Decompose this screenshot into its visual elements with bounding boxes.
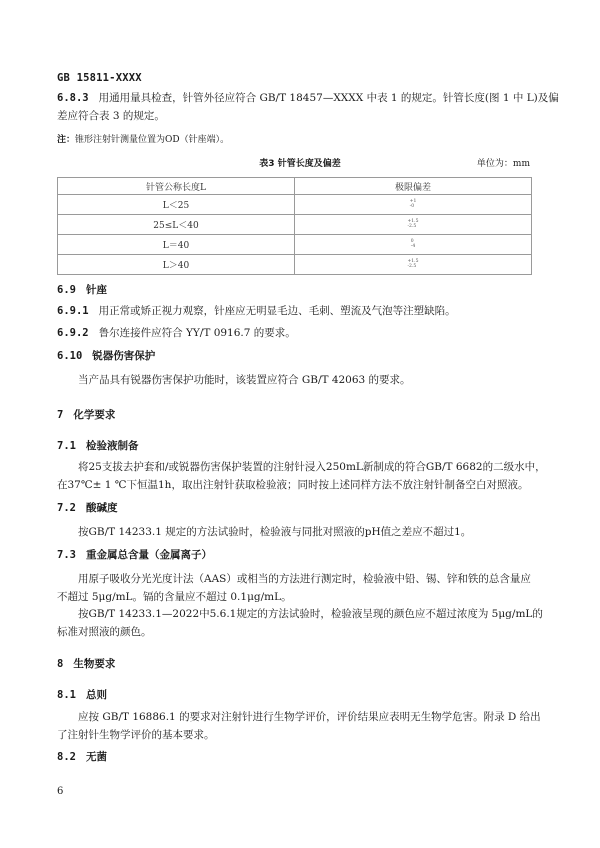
length-cell: 25≤L＜40	[58, 215, 295, 235]
paragraph-7-3-p1-line1: 用原子吸收分光光度计法（AAS）或相当的方法进行测定时，检验液中铅、锡、锌和铁的…	[57, 570, 531, 588]
paragraph-8-1-line2: 了注射针生物学评价的基本要求。	[57, 726, 215, 744]
paragraph-7-3-p2-line1: 按GB/T 14233.1—2022中5.6.1规定的方法试验时，检验液呈现的颜…	[57, 605, 543, 623]
paragraph-6-10: 当产品具有锐器伤害保护功能时，该装置应符合 GB/T 42063 的要求。	[57, 371, 411, 389]
note: 注：锥形注射针测量位置为OD（针座端）。	[57, 132, 229, 145]
heading-number: 7.1	[57, 440, 76, 452]
heading-number: 7.3	[57, 549, 76, 561]
tolerance-cell: +1.5-2.5	[295, 255, 532, 275]
heading-number: 8	[57, 658, 63, 670]
table-row: L＜25 +1-0	[58, 195, 532, 215]
table-row: L＝40 0-4	[58, 235, 532, 255]
heading-title: 生物要求	[73, 658, 115, 670]
heading-7-2: 7.2酸碱度	[57, 500, 117, 515]
heading-number: 8.1	[57, 689, 76, 701]
heading-title: 检验液制备	[86, 440, 139, 452]
heading-number: 7.2	[57, 502, 76, 514]
heading-title: 针座	[86, 284, 107, 296]
paragraph-7-3-p2-line2: 标准对照液的颜色。	[57, 623, 152, 641]
length-cell: L＝40	[58, 235, 295, 255]
heading-title: 酸碱度	[86, 502, 118, 514]
heading-number: 6.9	[57, 284, 76, 296]
paragraph-7-3-p1-line2: 不超过 5μg/mL。镉的含量应不超过 0.1μg/mL。	[57, 588, 292, 606]
heading-title: 化学要求	[73, 409, 115, 421]
heading-8-1: 8.1总则	[57, 687, 107, 702]
clause-number: 6.9.1	[57, 305, 89, 317]
lower-deviation: -4	[411, 244, 415, 249]
clause-text: 用通用量具检查，针管外径应符合 GB/T 18457—XXXX 中表 1 的规定…	[99, 92, 559, 104]
table-header-row: 针管公称长度L 极限偏差	[58, 178, 532, 195]
heading-number: 7	[57, 409, 63, 421]
standard-code-header: GB 15811-XXXX	[57, 72, 142, 84]
lower-deviation: -0	[410, 204, 417, 209]
paragraph-8-1-line1: 应按 GB/T 16886.1 的要求对注射针进行生物学评价，评价结果应表明无生…	[57, 708, 541, 726]
tolerance-cell: +1.5-2.5	[295, 215, 532, 235]
lower-deviation: -2.5	[408, 224, 419, 229]
length-cell: L＜25	[58, 195, 295, 215]
paragraph-7-2: 按GB/T 14233.1 规定的方法试验时，检验液与同批对照液的pH值之差应不…	[57, 523, 471, 541]
clause-number: 6.8.3	[57, 92, 89, 104]
clause-6-9-1: 6.9.1用正常或矫正视力观察，针座应无明显毛边、毛刺、塑流及气泡等注塑缺陷。	[57, 302, 456, 320]
heading-7-3: 7.3重金属总含量（金属离子）	[57, 547, 212, 562]
heading-number: 8.2	[57, 751, 76, 763]
note-label: 注：	[57, 135, 75, 145]
heading-title: 无菌	[86, 751, 107, 763]
clause-number: 6.9.2	[57, 327, 89, 339]
heading-6-10: 6.10锐器伤害保护	[57, 348, 155, 363]
heading-7: 7化学要求	[57, 407, 115, 422]
length-cell: L＞40	[58, 255, 295, 275]
table-row: 25≤L＜40 +1.5-2.5	[58, 215, 532, 235]
table-row: L＞40 +1.5-2.5	[58, 255, 532, 275]
lower-deviation: -2.5	[408, 264, 419, 269]
heading-title: 重金属总含量（金属离子）	[86, 549, 212, 561]
heading-number: 6.10	[57, 350, 82, 362]
paragraph-7-1-line2: 在37℃± 1 ℃下恒温1h，取出注射针获取检验液；同时按上述同样方法不放注射针…	[57, 476, 528, 494]
heading-7-1: 7.1检验液制备	[57, 438, 138, 453]
paragraph-7-1-line1: 将25支拔去护套和/或锐器伤害保护装置的注射针浸入250mL新制成的符合GB/T…	[57, 458, 546, 476]
clause-text: 用正常或矫正视力观察，针座应无明显毛边、毛刺、塑流及气泡等注塑缺陷。	[99, 305, 456, 317]
clause-text: 鲁尔连接件应符合 YY/T 0916.7 的要求。	[99, 327, 296, 339]
heading-title: 总则	[86, 689, 107, 701]
column-header-tolerance: 极限偏差	[295, 178, 532, 195]
heading-8-2: 8.2无菌	[57, 749, 107, 764]
note-text: 锥形注射针测量位置为OD（针座端）。	[75, 135, 229, 145]
heading-8: 8生物要求	[57, 656, 115, 671]
clause-6-9-2: 6.9.2鲁尔连接件应符合 YY/T 0916.7 的要求。	[57, 324, 296, 342]
tolerance-cell: 0-4	[295, 235, 532, 255]
tolerance-cell: +1-0	[295, 195, 532, 215]
heading-6-9: 6.9针座	[57, 282, 107, 297]
column-header-nominal-length: 针管公称长度L	[58, 178, 295, 195]
clause-6-8-3-continuation: 差应符合表 3 的规定。	[57, 107, 165, 125]
needle-length-tolerance-table: 针管公称长度L 极限偏差 L＜25 +1-0 25≤L＜40 +1.5-2.5 …	[57, 177, 532, 275]
page-number: 6	[57, 786, 63, 797]
heading-title: 锐器伤害保护	[92, 350, 155, 362]
table-unit: 单位为：mm	[477, 156, 530, 169]
clause-6-8-3: 6.8.3用通用量具检查，针管外径应符合 GB/T 18457—XXXX 中表 …	[57, 89, 559, 107]
